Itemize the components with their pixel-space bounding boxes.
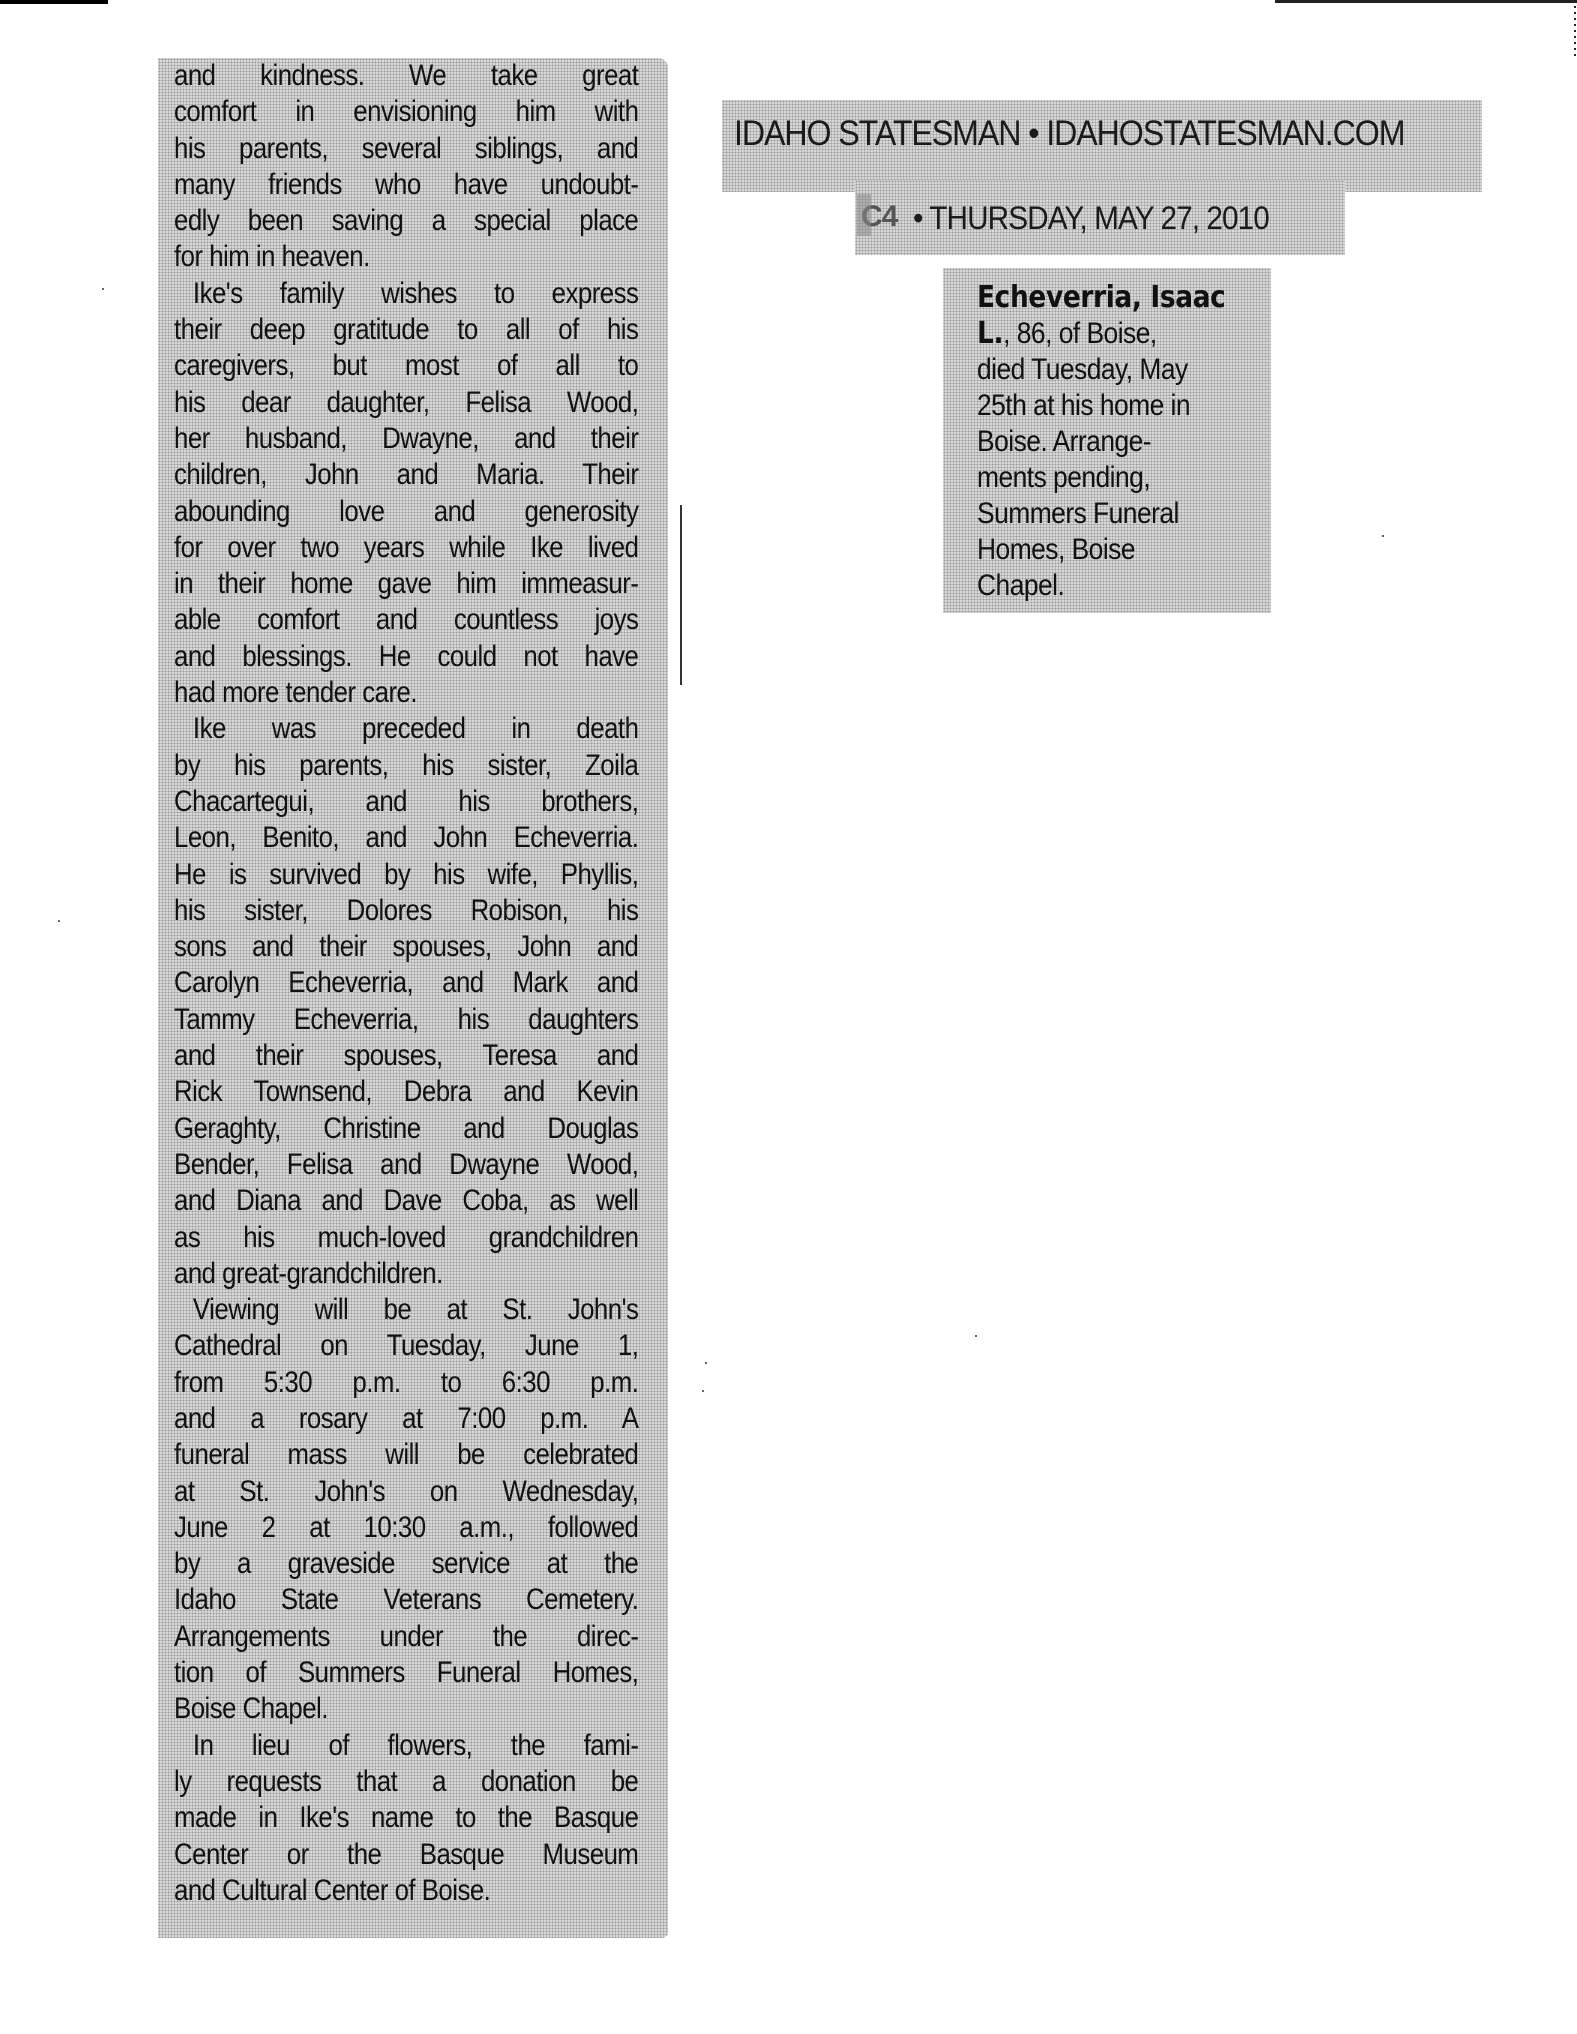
obituary-line: Tammy Echeverria, his daughters	[174, 1002, 638, 1038]
scan-speck	[58, 920, 60, 922]
obituary-line: her husband, Dwayne, and their	[174, 421, 638, 457]
obituary-line: Leon, Benito, and John Echeverria.	[174, 820, 638, 856]
obituary-line: their deep gratitude to all of his	[174, 312, 638, 348]
bullet-separator: •	[1028, 114, 1038, 153]
scan-edge-artifact	[1275, 0, 1577, 3]
notice-line: L., 86, of Boise,	[977, 316, 1225, 352]
notice-line: died Tuesday, May	[977, 352, 1225, 388]
obituary-line: In lieu of flowers, the fami-	[174, 1728, 638, 1764]
obituary-line: caregivers, but most of all to	[174, 348, 638, 384]
obituary-line: had more tender care.	[174, 675, 638, 711]
obituary-line: and a rosary at 7:00 p.m. A	[174, 1401, 638, 1437]
obituary-line: Center or the Basque Museum	[174, 1837, 638, 1873]
scan-speck	[705, 1362, 707, 1364]
obituary-line: abounding love and generosity	[174, 494, 638, 530]
notice-line-text: , 86, of Boise,	[1003, 317, 1157, 350]
masthead-clipping: IDAHO STATESMAN • IDAHOSTATESMAN.COM	[722, 100, 1482, 192]
obituary-line: children, John and Maria. Their	[174, 457, 638, 493]
dateline: • THURSDAY, MAY 27, 2010	[913, 200, 1269, 237]
bullet-separator: •	[913, 200, 922, 236]
obituary-line: his sister, Dolores Robison, his	[174, 893, 638, 929]
obituary-line: as his much-loved grandchildren	[174, 1220, 638, 1256]
notice-line: 25th at his home in	[977, 388, 1225, 424]
section-page-label: C4	[861, 200, 897, 234]
obituary-line: Bender, Felisa and Dwayne Wood,	[174, 1147, 638, 1183]
scan-speck	[975, 1335, 977, 1337]
obituary-line: Carolyn Echeverria, and Mark and	[174, 965, 638, 1001]
publication-date: THURSDAY, MAY 27, 2010	[929, 200, 1269, 236]
obituary-line: Viewing will be at St. John's	[174, 1292, 638, 1328]
scan-edge-artifact	[1574, 0, 1576, 60]
obituary-body: and kindness. We take greatcomfort in en…	[174, 58, 638, 1909]
column-rule	[680, 505, 682, 685]
obituary-line: able comfort and countless joys	[174, 602, 638, 638]
obituary-line: comfort in envisioning him with	[174, 94, 638, 130]
obituary-line: made in Ike's name to the Basque	[174, 1800, 638, 1836]
notice-line: Homes, Boise	[977, 532, 1225, 568]
publication-name: IDAHO STATESMAN	[734, 114, 1020, 153]
obituary-line: in their home gave him immeasur-	[174, 566, 638, 602]
dateline-clipping: C4 • THURSDAY, MAY 27, 2010	[855, 180, 1345, 255]
obituary-line: Cathedral on Tuesday, June 1,	[174, 1328, 638, 1364]
obituary-line: Geraghty, Christine and Douglas	[174, 1111, 638, 1147]
deceased-name: Echeverria, Isaac	[977, 280, 1225, 316]
obituary-line: and blessings. He could not have	[174, 639, 638, 675]
obituary-line: and their spouses, Teresa and	[174, 1038, 638, 1074]
obituary-line: Idaho State Veterans Cemetery.	[174, 1582, 638, 1618]
obituary-line: from 5:30 p.m. to 6:30 p.m.	[174, 1365, 638, 1401]
obituary-line: and kindness. We take great	[174, 58, 638, 94]
obituary-line: Arrangements under the direc-	[174, 1619, 638, 1655]
obituary-line: tion of Summers Funeral Homes,	[174, 1655, 638, 1691]
obituary-line: edly been saving a special place	[174, 203, 638, 239]
notice-line: ments pending,	[977, 460, 1225, 496]
website-name: IDAHOSTATESMAN.COM	[1046, 114, 1404, 153]
obituary-line: Ike was preceded in death	[174, 711, 638, 747]
obituary-line: his dear daughter, Felisa Wood,	[174, 385, 638, 421]
scan-speck	[102, 288, 104, 290]
obituary-line: ly requests that a donation be	[174, 1764, 638, 1800]
obituary-line: and Cultural Center of Boise.	[174, 1873, 638, 1909]
scan-speck	[702, 1390, 704, 1392]
notice-line: Boise. Arrange-	[977, 424, 1225, 460]
death-notice: Echeverria, Isaac L., 86, of Boise, died…	[977, 280, 1225, 604]
obituary-line: for him in heaven.	[174, 239, 638, 275]
obituary-line: at St. John's on Wednesday,	[174, 1474, 638, 1510]
notice-line: Summers Funeral	[977, 496, 1225, 532]
obituary-line: He is survived by his wife, Phyllis,	[174, 857, 638, 893]
obituary-line: and great-grandchildren.	[174, 1256, 638, 1292]
obituary-line: and Diana and Dave Coba, as well	[174, 1183, 638, 1219]
masthead: IDAHO STATESMAN • IDAHOSTATESMAN.COM	[734, 114, 1404, 154]
obituary-line: his parents, several siblings, and	[174, 131, 638, 167]
obituary-line: Rick Townsend, Debra and Kevin	[174, 1074, 638, 1110]
obituary-line: by his parents, his sister, Zoila	[174, 748, 638, 784]
obituary-clipping: and kindness. We take greatcomfort in en…	[158, 58, 668, 1938]
obituary-line: funeral mass will be celebrated	[174, 1437, 638, 1473]
scan-speck	[1382, 535, 1384, 537]
obituary-line: Ike's family wishes to express	[174, 276, 638, 312]
obituary-line: June 2 at 10:30 a.m., followed	[174, 1510, 638, 1546]
obituary-line: many friends who have undoubt-	[174, 167, 638, 203]
obituary-line: by a graveside service at the	[174, 1546, 638, 1582]
notice-line: Chapel.	[977, 568, 1225, 604]
deceased-initial: L.	[977, 316, 1003, 351]
obituary-line: Boise Chapel.	[174, 1691, 638, 1727]
obituary-line: sons and their spouses, John and	[174, 929, 638, 965]
obituary-line: for over two years while Ike lived	[174, 530, 638, 566]
obituary-line: Chacartegui, and his brothers,	[174, 784, 638, 820]
death-notice-clipping: Echeverria, Isaac L., 86, of Boise, died…	[943, 268, 1271, 613]
scan-edge-artifact	[0, 0, 108, 4]
